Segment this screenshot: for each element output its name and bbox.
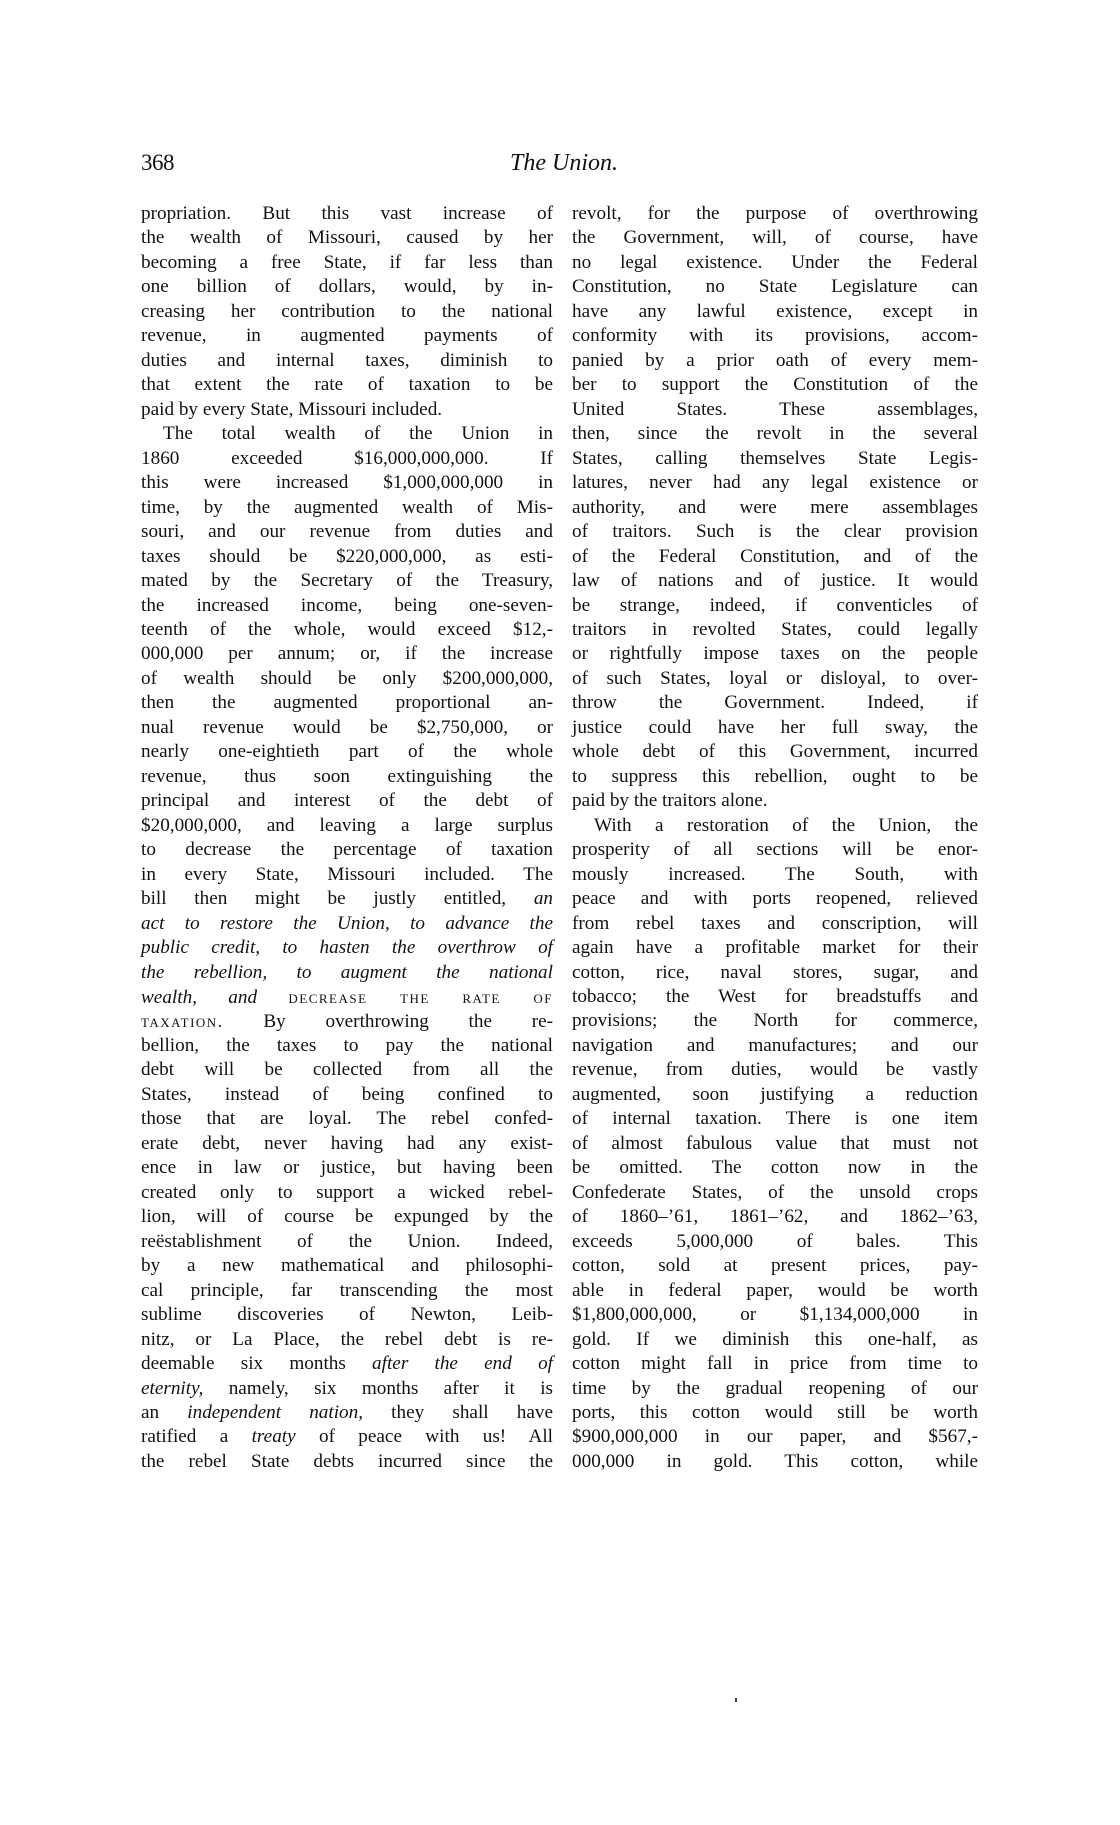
- roman-text: mously increased. The South, with: [572, 864, 978, 885]
- roman-text: navigation and manufactures; and our: [572, 1035, 978, 1056]
- roman-text: those that are loyal. The rebel confed-: [141, 1108, 553, 1129]
- text-line: that extent the rate of taxation to be: [141, 373, 553, 397]
- roman-text: latures, never had any legal existence o…: [572, 472, 978, 493]
- text-line: revenue, thus soon extinguishing the: [141, 765, 553, 789]
- roman-text: taxes should be $220,000,000, as esti-: [141, 546, 553, 567]
- text-line: navigation and manufactures; and our: [572, 1034, 978, 1058]
- text-line: ber to support the Constitution of the: [572, 373, 978, 397]
- text-line: latures, never had any legal existence o…: [572, 471, 978, 495]
- roman-text: By overthrowing the re-: [224, 1011, 553, 1032]
- text-line: the increased income, being one-seven-: [141, 594, 553, 618]
- text-line: erate debt, never having had any exist-: [141, 1132, 553, 1156]
- text-line: traitors in revolted States, could legal…: [572, 618, 978, 642]
- roman-text: 1860 exceeded $16,000,000,000. If: [141, 448, 553, 469]
- roman-text: $20,000,000, and leaving a large surplus: [141, 815, 553, 836]
- roman-text: prosperity of all sections will be enor-: [572, 839, 978, 860]
- text-line: mated by the Secretary of the Treasury,: [141, 569, 553, 593]
- roman-text: justice could have her full sway, the: [572, 717, 978, 738]
- roman-text: $1,800,000,000, or $1,134,000,000 in: [572, 1304, 978, 1325]
- text-line: propriation. But this vast increase of: [141, 202, 553, 226]
- text-line: justice could have her full sway, the: [572, 716, 978, 740]
- roman-text: souri, and our revenue from duties and: [141, 521, 553, 542]
- text-line: the rebel State debts incurred since the: [141, 1450, 553, 1474]
- text-line: deemable six months after the end of: [141, 1352, 553, 1376]
- roman-text: augmented, soon justifying a reduction: [572, 1084, 978, 1105]
- roman-text: paid by every State, Missouri included.: [141, 399, 442, 420]
- roman-text: then the augmented proportional an-: [141, 692, 553, 713]
- roman-text: exceeds 5,000,000 of bales. This: [572, 1231, 978, 1252]
- text-line: souri, and our revenue from duties and: [141, 520, 553, 544]
- text-line: of traitors. Such is the clear provision: [572, 520, 978, 544]
- roman-text: to suppress this rebellion, ought to be: [572, 766, 978, 787]
- text-line: creasing her contribution to the nationa…: [141, 300, 553, 324]
- roman-text: ence in law or justice, but having been: [141, 1157, 553, 1178]
- roman-text: traitors in revolted States, could legal…: [572, 619, 978, 640]
- right-text-column: revolt, for the purpose of overthrowingt…: [572, 202, 978, 1474]
- roman-text: the increased income, being one-seven-: [141, 595, 553, 616]
- running-title: The Union.: [0, 150, 1120, 176]
- text-line: debt will be collected from all the: [141, 1058, 553, 1082]
- roman-text: creasing her contribution to the nationa…: [141, 301, 553, 322]
- text-line: lion, will of course be expunged by the: [141, 1205, 553, 1229]
- roman-text: paid by the traitors alone.: [572, 790, 768, 811]
- roman-text: gold. If we diminish this one-half, as: [572, 1329, 978, 1350]
- text-line: $1,800,000,000, or $1,134,000,000 in: [572, 1303, 978, 1327]
- roman-text: time, by the augmented wealth of Mis-: [141, 497, 553, 518]
- text-line: act to restore the Union, to advance the: [141, 912, 553, 936]
- roman-text: deemable six months: [141, 1353, 372, 1374]
- text-line: reëstablishment of the Union. Indeed,: [141, 1230, 553, 1254]
- roman-text: nearly one-eightieth part of the whole: [141, 741, 553, 762]
- roman-text: lion, will of course be expunged by the: [141, 1206, 553, 1227]
- roman-text: able in federal paper, would be worth: [572, 1280, 978, 1301]
- left-text-column: propriation. But this vast increase ofth…: [141, 202, 553, 1474]
- roman-text: becoming a free State, if far less than: [141, 252, 553, 273]
- text-line: mously increased. The South, with: [572, 863, 978, 887]
- text-line: revenue, from duties, would be vastly: [572, 1058, 978, 1082]
- small-caps-text: decrease the rate of: [288, 987, 553, 1007]
- roman-text: reëstablishment of the Union. Indeed,: [141, 1231, 553, 1252]
- text-line: then the augmented proportional an-: [141, 691, 553, 715]
- roman-text: Constitution, no State Legislature can: [572, 276, 978, 297]
- text-line: of the Federal Constitution, and of the: [572, 545, 978, 569]
- text-line: eternity, namely, six months after it is: [141, 1377, 553, 1401]
- italic-text: after the end of: [372, 1353, 553, 1374]
- text-line: conformity with its provisions, accom-: [572, 324, 978, 348]
- roman-text: of wealth should be only $200,000,000,: [141, 668, 553, 689]
- text-line: 000,000 in gold. This cotton, while: [572, 1450, 978, 1474]
- text-line: an independent nation, they shall have: [141, 1401, 553, 1425]
- roman-text: one billion of dollars, would, by in-: [141, 276, 553, 297]
- text-line: by a new mathematical and philosophi-: [141, 1254, 553, 1278]
- text-line: whole debt of this Government, incurred: [572, 740, 978, 764]
- text-line: revolt, for the purpose of overthrowing: [572, 202, 978, 226]
- text-line: have any lawful existence, except in: [572, 300, 978, 324]
- roman-text: cal principle, far transcending the most: [141, 1280, 553, 1301]
- roman-text: they shall have: [363, 1402, 553, 1423]
- text-line: then, since the revolt in the several: [572, 422, 978, 446]
- text-line: 000,000 per annum; or, if the increase: [141, 642, 553, 666]
- roman-text: again have a profitable market for their: [572, 937, 978, 958]
- text-line: prosperity of all sections will be enor-: [572, 838, 978, 862]
- italic-text: act to restore the Union, to advance the: [141, 913, 553, 934]
- text-line: or rightfully impose taxes on the people: [572, 642, 978, 666]
- text-line: the Government, will, of course, have: [572, 226, 978, 250]
- roman-text: States, instead of being confined to: [141, 1084, 553, 1105]
- text-line: exceeds 5,000,000 of bales. This: [572, 1230, 978, 1254]
- text-line: bill then might be justly entitled, an: [141, 887, 553, 911]
- text-line: The total wealth of the Union in: [141, 422, 553, 446]
- roman-text: peace and with ports reopened, relieved: [572, 888, 978, 909]
- text-line: teenth of the whole, would exceed $12,-: [141, 618, 553, 642]
- roman-text: ber to support the Constitution of the: [572, 374, 978, 395]
- text-line: 1860 exceeded $16,000,000,000. If: [141, 447, 553, 471]
- text-line: principal and interest of the debt of: [141, 789, 553, 813]
- text-line: cal principle, far transcending the most: [141, 1279, 553, 1303]
- roman-text: that extent the rate of taxation to be: [141, 374, 553, 395]
- roman-text: 000,000 in gold. This cotton, while: [572, 1451, 978, 1472]
- text-line: revenue, in augmented payments of: [141, 324, 553, 348]
- text-line: sublime discoveries of Newton, Leib-: [141, 1303, 553, 1327]
- text-line: panied by a prior oath of every mem-: [572, 349, 978, 373]
- text-line: again have a profitable market for their: [572, 936, 978, 960]
- text-line: taxation. By overthrowing the re-: [141, 1009, 553, 1033]
- text-line: taxes should be $220,000,000, as esti-: [141, 545, 553, 569]
- roman-text: the wealth of Missouri, caused by her: [141, 227, 553, 248]
- text-line: bellion, the taxes to pay the national: [141, 1034, 553, 1058]
- roman-text: of almost fabulous value that must not: [572, 1133, 978, 1154]
- text-line: ence in law or justice, but having been: [141, 1156, 553, 1180]
- small-caps-text: taxation.: [141, 1011, 224, 1031]
- text-line: public credit, to hasten the overthrow o…: [141, 936, 553, 960]
- roman-text: teenth of the whole, would exceed $12,-: [141, 619, 553, 640]
- roman-text: Confederate States, of the unsold crops: [572, 1182, 978, 1203]
- roman-text: or rightfully impose taxes on the people: [572, 643, 978, 664]
- text-line: States, instead of being confined to: [141, 1083, 553, 1107]
- roman-text: bill then might be justly entitled,: [141, 888, 534, 909]
- roman-text: nual revenue would be $2,750,000, or: [141, 717, 553, 738]
- roman-text: conformity with its provisions, accom-: [572, 325, 978, 346]
- roman-text: by a new mathematical and philosophi-: [141, 1255, 553, 1276]
- roman-text: debt will be collected from all the: [141, 1059, 553, 1080]
- text-line: paid by every State, Missouri included.: [141, 398, 553, 422]
- roman-text: no legal existence. Under the Federal: [572, 252, 978, 273]
- roman-text: ratified a: [141, 1426, 252, 1447]
- roman-text: cotton, rice, naval stores, sugar, and: [572, 962, 978, 983]
- roman-text: time by the gradual reopening of our: [572, 1378, 978, 1399]
- roman-text: revenue, from duties, would be vastly: [572, 1059, 978, 1080]
- roman-text: cotton might fall in price from time to: [572, 1353, 978, 1374]
- italic-text: an: [534, 888, 553, 909]
- text-line: throw the Government. Indeed, if: [572, 691, 978, 715]
- text-line: With a restoration of the Union, the: [572, 814, 978, 838]
- text-line: no legal existence. Under the Federal: [572, 251, 978, 275]
- text-line: one billion of dollars, would, by in-: [141, 275, 553, 299]
- text-line: from rebel taxes and conscription, will: [572, 912, 978, 936]
- roman-text: the rebel State debts incurred since the: [141, 1451, 553, 1472]
- roman-text: of 1860–’61, 1861–’62, and 1862–’63,: [572, 1206, 978, 1227]
- roman-text: of the Federal Constitution, and of the: [572, 546, 978, 567]
- text-line: duties and internal taxes, diminish to: [141, 349, 553, 373]
- text-line: Constitution, no State Legislature can: [572, 275, 978, 299]
- text-line: able in federal paper, would be worth: [572, 1279, 978, 1303]
- text-line: of 1860–’61, 1861–’62, and 1862–’63,: [572, 1205, 978, 1229]
- roman-text: the Government, will, of course, have: [572, 227, 978, 248]
- roman-text: panied by a prior oath of every mem-: [572, 350, 978, 371]
- roman-text: principal and interest of the debt of: [141, 790, 553, 811]
- roman-text: propriation. But this vast increase of: [141, 203, 553, 224]
- italic-text: eternity,: [141, 1378, 203, 1399]
- roman-text: of internal taxation. There is one item: [572, 1108, 978, 1129]
- roman-text: revenue, in augmented payments of: [141, 325, 553, 346]
- roman-text: 000,000 per annum; or, if the increase: [141, 643, 553, 664]
- roman-text: an: [141, 1402, 187, 1423]
- text-line: ratified a treaty of peace with us! All: [141, 1425, 553, 1449]
- italic-text: the rebellion, to augment the national: [141, 962, 553, 983]
- text-line: those that are loyal. The rebel confed-: [141, 1107, 553, 1131]
- roman-text: from rebel taxes and conscription, will: [572, 913, 978, 934]
- roman-text: throw the Government. Indeed, if: [572, 692, 978, 713]
- italic-text: treaty: [252, 1426, 296, 1447]
- roman-text: nitz, or La Place, the rebel debt is re-: [141, 1329, 553, 1350]
- roman-text: revenue, thus soon extinguishing the: [141, 766, 553, 787]
- text-line: the rebellion, to augment the national: [141, 961, 553, 985]
- text-line: cotton, sold at present prices, pay-: [572, 1254, 978, 1278]
- text-line: $900,000,000 in our paper, and $567,-: [572, 1425, 978, 1449]
- text-line: paid by the traitors alone.: [572, 789, 978, 813]
- text-line: provisions; the North for commerce,: [572, 1009, 978, 1033]
- roman-text: in every State, Missouri included. The: [141, 864, 553, 885]
- roman-text: bellion, the taxes to pay the national: [141, 1035, 553, 1056]
- text-line: be omitted. The cotton now in the: [572, 1156, 978, 1180]
- text-line: of almost fabulous value that must not: [572, 1132, 978, 1156]
- text-line: nearly one-eightieth part of the whole: [141, 740, 553, 764]
- roman-text: sublime discoveries of Newton, Leib-: [141, 1304, 553, 1325]
- text-line: Confederate States, of the unsold crops: [572, 1181, 978, 1205]
- roman-text: ports, this cotton would still be worth: [572, 1402, 978, 1423]
- text-line: to suppress this rebellion, ought to be: [572, 765, 978, 789]
- roman-text: law of nations and of justice. It would: [572, 570, 978, 591]
- text-line: time by the gradual reopening of our: [572, 1377, 978, 1401]
- text-line: gold. If we diminish this one-half, as: [572, 1328, 978, 1352]
- text-line: $20,000,000, and leaving a large surplus: [141, 814, 553, 838]
- roman-text: of traitors. Such is the clear provision: [572, 521, 978, 542]
- text-line: law of nations and of justice. It would: [572, 569, 978, 593]
- roman-text: $900,000,000 in our paper, and $567,-: [572, 1426, 978, 1447]
- text-line: cotton, rice, naval stores, sugar, and: [572, 961, 978, 985]
- roman-text: of peace with us! All: [296, 1426, 553, 1447]
- text-line: authority, and were mere assemblages: [572, 496, 978, 520]
- roman-text: mated by the Secretary of the Treasury,: [141, 570, 553, 591]
- roman-text: have any lawful existence, except in: [572, 301, 978, 322]
- roman-text: namely, six months after it is: [203, 1378, 553, 1399]
- roman-text: be strange, indeed, if conventicles of: [572, 595, 978, 616]
- text-line: of wealth should be only $200,000,000,: [141, 667, 553, 691]
- italic-text: wealth, and: [141, 987, 288, 1008]
- text-line: time, by the augmented wealth of Mis-: [141, 496, 553, 520]
- roman-text: created only to support a wicked rebel-: [141, 1182, 553, 1203]
- roman-text: be omitted. The cotton now in the: [572, 1157, 978, 1178]
- text-line: ports, this cotton would still be worth: [572, 1401, 978, 1425]
- text-line: wealth, and decrease the rate of: [141, 985, 553, 1009]
- print-speck: [735, 1698, 737, 1702]
- roman-text: tobacco; the West for breadstuffs and: [572, 986, 978, 1007]
- roman-text: then, since the revolt in the several: [572, 423, 978, 444]
- text-line: States, calling themselves State Legis-: [572, 447, 978, 471]
- roman-text: The total wealth of the Union in: [163, 423, 553, 444]
- text-line: this were increased $1,000,000,000 in: [141, 471, 553, 495]
- text-line: peace and with ports reopened, relieved: [572, 887, 978, 911]
- roman-text: With a restoration of the Union, the: [594, 815, 978, 836]
- roman-text: this were increased $1,000,000,000 in: [141, 472, 553, 493]
- text-line: tobacco; the West for breadstuffs and: [572, 985, 978, 1009]
- text-line: cotton might fall in price from time to: [572, 1352, 978, 1376]
- text-line: nitz, or La Place, the rebel debt is re-: [141, 1328, 553, 1352]
- roman-text: erate debt, never having had any exist-: [141, 1133, 553, 1154]
- text-line: nual revenue would be $2,750,000, or: [141, 716, 553, 740]
- text-line: augmented, soon justifying a reduction: [572, 1083, 978, 1107]
- text-line: to decrease the percentage of taxation: [141, 838, 553, 862]
- roman-text: to decrease the percentage of taxation: [141, 839, 553, 860]
- text-line: becoming a free State, if far less than: [141, 251, 553, 275]
- roman-text: States, calling themselves State Legis-: [572, 448, 978, 469]
- text-line: the wealth of Missouri, caused by her: [141, 226, 553, 250]
- roman-text: whole debt of this Government, incurred: [572, 741, 978, 762]
- italic-text: public credit, to hasten the overthrow o…: [141, 937, 553, 958]
- roman-text: of such States, loyal or disloyal, to ov…: [572, 668, 978, 689]
- text-line: created only to support a wicked rebel-: [141, 1181, 553, 1205]
- italic-text: independent nation,: [187, 1402, 363, 1423]
- roman-text: authority, and were mere assemblages: [572, 497, 978, 518]
- text-line: of internal taxation. There is one item: [572, 1107, 978, 1131]
- roman-text: cotton, sold at present prices, pay-: [572, 1255, 978, 1276]
- text-line: be strange, indeed, if conventicles of: [572, 594, 978, 618]
- text-line: in every State, Missouri included. The: [141, 863, 553, 887]
- roman-text: provisions; the North for commerce,: [572, 1010, 978, 1031]
- text-line: of such States, loyal or disloyal, to ov…: [572, 667, 978, 691]
- roman-text: United States. These assemblages,: [572, 399, 978, 420]
- roman-text: revolt, for the purpose of overthrowing: [572, 203, 978, 224]
- roman-text: duties and internal taxes, diminish to: [141, 350, 553, 371]
- text-line: United States. These assemblages,: [572, 398, 978, 422]
